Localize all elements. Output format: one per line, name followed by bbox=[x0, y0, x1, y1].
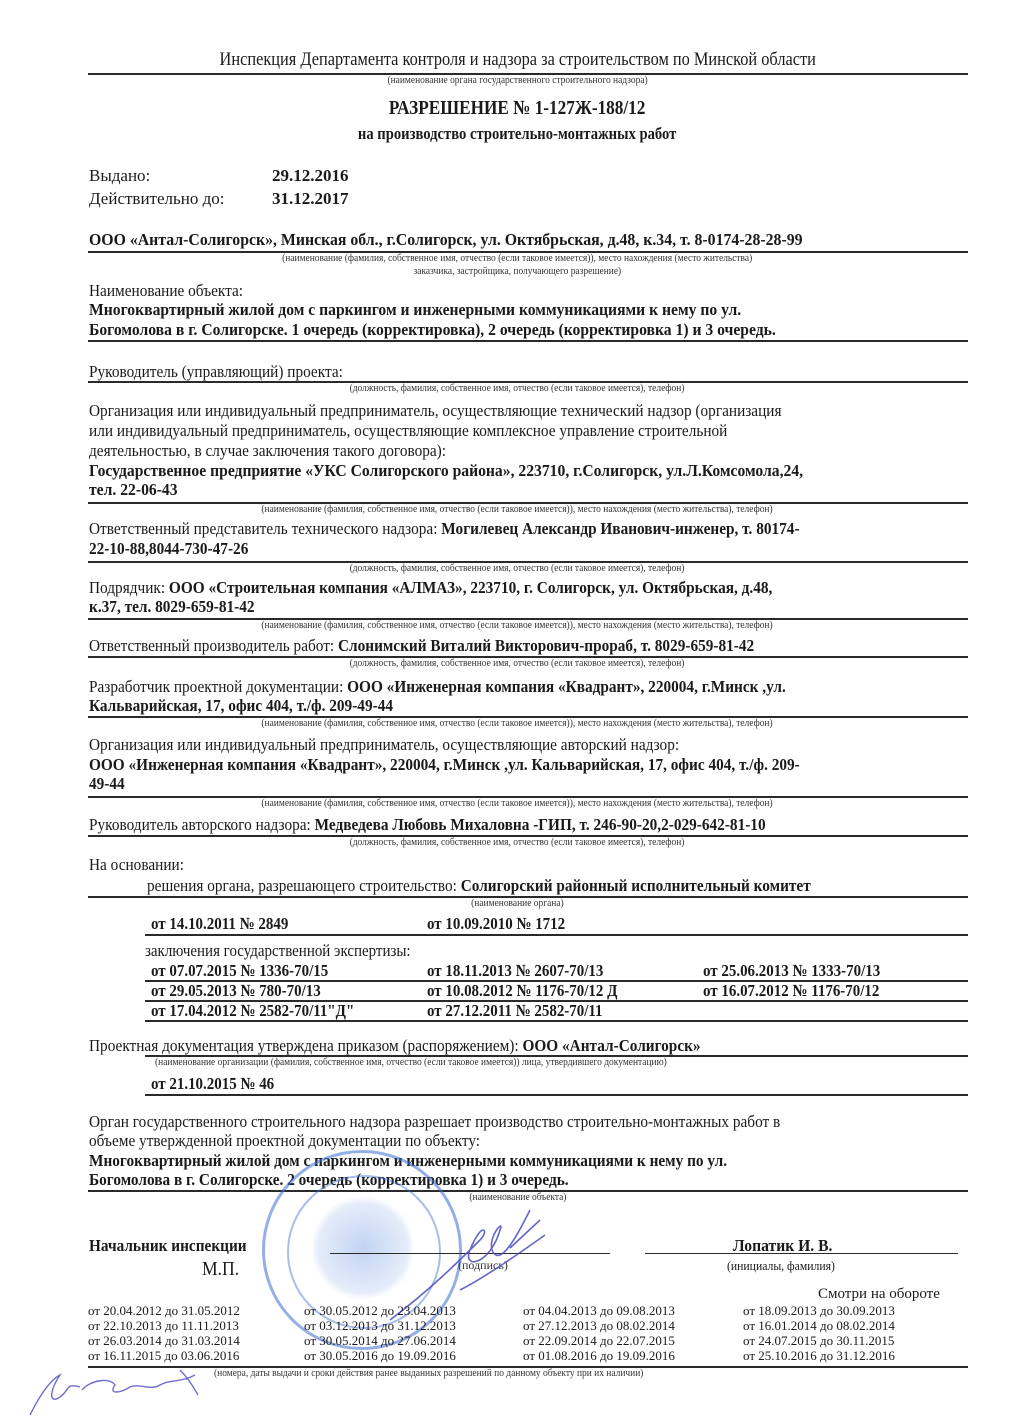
object-line-1: Многоквартирный жилой дом с паркингом и … bbox=[89, 300, 798, 319]
project-manager-hint: (должность, фамилия, собственное имя, от… bbox=[0, 383, 1035, 395]
signature-position: Начальник инспекции bbox=[89, 1236, 264, 1255]
designer-line-2: Кальварийская, 17, офис 404, т./ф. 209-4… bbox=[89, 696, 427, 715]
previous-column-3: от 04.04.2013 до 09.08.2013 от 27.12.201… bbox=[523, 1303, 675, 1363]
author-head-value: Медведева Любовь Михаловна -ГИП, т. 246-… bbox=[315, 815, 766, 834]
approval-label: Проектная документация утверждена приказ… bbox=[89, 1036, 522, 1055]
rule bbox=[145, 934, 968, 936]
previous-column-2: от 30.05.2012 до 23.04.2013 от 03.12.201… bbox=[304, 1303, 456, 1363]
rule bbox=[145, 1020, 968, 1022]
designer-value: ООО «Инженерная компания «Квадрант», 220… bbox=[347, 677, 786, 696]
tech-org-value-1: Государственное предприятие «УКС Солигор… bbox=[89, 461, 865, 480]
see-back-note: Смотри на обороте bbox=[818, 1286, 940, 1303]
tech-org-label-3: деятельностью, в случае заключения таког… bbox=[89, 441, 486, 460]
project-manager-label: Руководитель (управляющий) проекта: bbox=[89, 362, 371, 381]
expertise-ref: от 25.06.2013 № 1333-70/13 bbox=[703, 961, 904, 980]
tech-org-value-2: тел. 22-06-43 bbox=[89, 480, 185, 499]
decision-hint: (наименование органа) bbox=[0, 898, 1035, 910]
designer-hint: (наименование (фамилия, собственное имя,… bbox=[0, 718, 1035, 730]
previous-permit: от 01.08.2016 до 19.09.2016 bbox=[523, 1348, 675, 1363]
issued-label: Выдано: bbox=[89, 166, 150, 185]
tech-rep-value: Могилевец Александр Иванович-инженер, т.… bbox=[441, 519, 799, 538]
previous-hint: (номера, даты выдачи и сроки действия ра… bbox=[214, 1368, 691, 1380]
author-org-value-2: 49-44 bbox=[89, 774, 129, 793]
customer-hint: (наименование (фамилия, собственное имя,… bbox=[0, 253, 1035, 265]
expertise-ref: от 16.07.2012 № 1176-70/12 bbox=[703, 981, 903, 1000]
expertise-ref: от 29.05.2013 № 780-70/13 bbox=[151, 981, 344, 1000]
valid-date: 31.12.2017 bbox=[272, 189, 349, 208]
previous-permit: от 26.03.2014 до 31.03.2014 bbox=[88, 1333, 240, 1348]
name-line bbox=[645, 1253, 958, 1254]
previous-permit: от 20.04.2012 до 31.05.2012 bbox=[88, 1303, 240, 1318]
expertise-ref: от 07.07.2015 № 1336-70/15 bbox=[151, 961, 352, 980]
authority-name: Инспекция Департамента контроля и надзор… bbox=[0, 50, 1035, 69]
initials-signature bbox=[20, 1365, 210, 1420]
contractor-line-1: Подрядчик: ООО «Строительная компания «А… bbox=[89, 578, 848, 597]
expertise-ref: от 10.08.2012 № 1176-70/12 Д bbox=[427, 981, 643, 1000]
decision-line: решения органа, разрешающего строительст… bbox=[147, 876, 884, 895]
author-org-value-1: ООО «Инженерная компания «Квадрант», 220… bbox=[89, 755, 879, 774]
previous-permit: от 16.01.2014 до 08.02.2014 bbox=[743, 1318, 895, 1333]
rule bbox=[88, 340, 968, 342]
previous-permit: от 22.09.2014 до 22.07.2015 bbox=[523, 1333, 675, 1348]
designer-line-1: Разработчик проектной документации: ООО … bbox=[89, 677, 863, 696]
authority-hint: (наименование органа государственного ст… bbox=[0, 75, 1035, 87]
object-line-2: Богомолова в г. Солигорске. 1 очередь (к… bbox=[89, 320, 836, 339]
customer-hint-2: заказчика, застройщика, получающего разр… bbox=[0, 266, 1035, 278]
works-manager-line: Ответственный производитель работ: Слони… bbox=[89, 636, 828, 655]
valid-label: Действительно до: bbox=[89, 189, 224, 208]
rule bbox=[145, 1094, 968, 1096]
decision-value: Солигорский районный исполнительный коми… bbox=[461, 876, 811, 895]
works-manager-value: Слонимский Виталий Викторович-прораб, т.… bbox=[338, 636, 754, 655]
author-head-label: Руководитель авторского надзора: bbox=[89, 815, 315, 834]
author-head-line: Руководитель авторского надзора: Медведе… bbox=[89, 815, 841, 834]
designer-label: Разработчик проектной документации: bbox=[89, 677, 347, 696]
tech-org-hint: (наименование (фамилия, собственное имя,… bbox=[0, 504, 1035, 516]
previous-permit: от 25.10.2016 до 31.12.2016 bbox=[743, 1348, 895, 1363]
decision-ref-1: от 14.10.2011 № 2849 bbox=[151, 914, 307, 933]
tech-rep-line-1: Ответственный представитель технического… bbox=[89, 519, 879, 538]
expertise-ref: от 17.04.2012 № 2582-70/11"Д" bbox=[151, 1001, 382, 1020]
name-hint: (инициалы, фамилия) bbox=[727, 1258, 847, 1274]
previous-permit: от 04.04.2013 до 09.08.2013 bbox=[523, 1303, 675, 1318]
decision-ref-2: от 10.09.2010 № 1712 bbox=[427, 914, 584, 933]
issued-date: 29.12.2016 bbox=[272, 166, 349, 185]
permit-subtitle: на производство строительно-монтажных ра… bbox=[0, 124, 1035, 144]
expertise-ref: от 18.11.2013 № 2607-70/13 bbox=[427, 961, 627, 980]
works-manager-hint: (должность, фамилия, собственное имя, от… bbox=[0, 658, 1035, 670]
author-head-hint: (должность, фамилия, собственное имя, от… bbox=[0, 837, 1035, 849]
permission-object-1: Многоквартирный жилой дом с паркингом и … bbox=[89, 1151, 798, 1170]
approval-value: ООО «Антал-Солигорск» bbox=[522, 1036, 700, 1055]
previous-permit: от 27.12.2013 до 08.02.2014 bbox=[523, 1318, 675, 1333]
tech-rep-label: Ответственный представитель технического… bbox=[89, 519, 441, 538]
previous-permit: от 30.05.2014 до 27.06.2014 bbox=[304, 1333, 456, 1348]
contractor-hint: (наименование (фамилия, собственное имя,… bbox=[0, 620, 1035, 632]
basis-label: На основании: bbox=[89, 855, 195, 874]
decision-label: решения органа, разрешающего строительст… bbox=[147, 876, 461, 895]
previous-permit: от 03.12.2013 до 31.12.2013 bbox=[304, 1318, 456, 1333]
previous-permit: от 22.10.2013 до 11.11.2013 bbox=[88, 1318, 240, 1333]
contractor-value: ООО «Строительная компания «АЛМАЗ», 2237… bbox=[169, 578, 772, 597]
author-org-label: Организация или индивидуальный предприни… bbox=[89, 735, 745, 754]
permit-title: РАЗРЕШЕНИЕ № 1-127Ж-188/12 bbox=[0, 97, 1035, 120]
seal-mark: М.П. bbox=[202, 1258, 244, 1281]
expertise-ref: от 27.12.2011 № 2582-70/11 bbox=[427, 1001, 626, 1020]
contractor-label: Подрядчик: bbox=[89, 578, 169, 597]
previous-permit: от 30.05.2012 до 23.04.2013 bbox=[304, 1303, 456, 1318]
author-org-hint: (наименование (фамилия, собственное имя,… bbox=[0, 798, 1035, 810]
tech-rep-line-2: 22-10-88,8044-730-47-26 bbox=[89, 539, 266, 558]
approval-hint: (наименование организации (фамилия, собс… bbox=[155, 1057, 724, 1069]
previous-column-4: от 18.09.2013 до 30.09.2013 от 16.01.201… bbox=[743, 1303, 895, 1363]
tech-org-label-1: Организация или индивидуальный предприни… bbox=[89, 401, 858, 420]
previous-column-1: от 20.04.2012 до 31.05.2012 от 22.10.201… bbox=[88, 1303, 240, 1363]
works-manager-label: Ответственный производитель работ: bbox=[89, 636, 338, 655]
tech-rep-hint: (должность, фамилия, собственное имя, от… bbox=[0, 563, 1035, 575]
approval-line: Проектная документация утверждена приказ… bbox=[89, 1036, 769, 1055]
permission-text-1: Орган государственного строительного над… bbox=[89, 1112, 857, 1131]
contractor-line-2: к.37, тел. 8029-659-81-42 bbox=[89, 597, 273, 616]
customer-value: ООО «Антал-Солигорск», Минская обл., г.С… bbox=[89, 230, 856, 249]
previous-permit: от 18.09.2013 до 30.09.2013 bbox=[743, 1303, 895, 1318]
permission-text-2: объеме утвержденной проектной документац… bbox=[89, 1131, 523, 1150]
previous-permit: от 30.05.2016 до 19.09.2016 bbox=[304, 1348, 456, 1363]
expertise-label: заключения государственной экспертизы: bbox=[145, 941, 447, 960]
approval-order: от 21.10.2015 № 46 bbox=[151, 1074, 291, 1093]
object-label: Наименование объекта: bbox=[89, 281, 260, 300]
tech-org-label-2: или индивидуальный предприниматель, осущ… bbox=[89, 421, 798, 440]
previous-permit: от 24.07.2015 до 30.11.2015 bbox=[743, 1333, 895, 1348]
previous-permit: от 16.11.2015 до 03.06.2016 bbox=[88, 1348, 240, 1363]
